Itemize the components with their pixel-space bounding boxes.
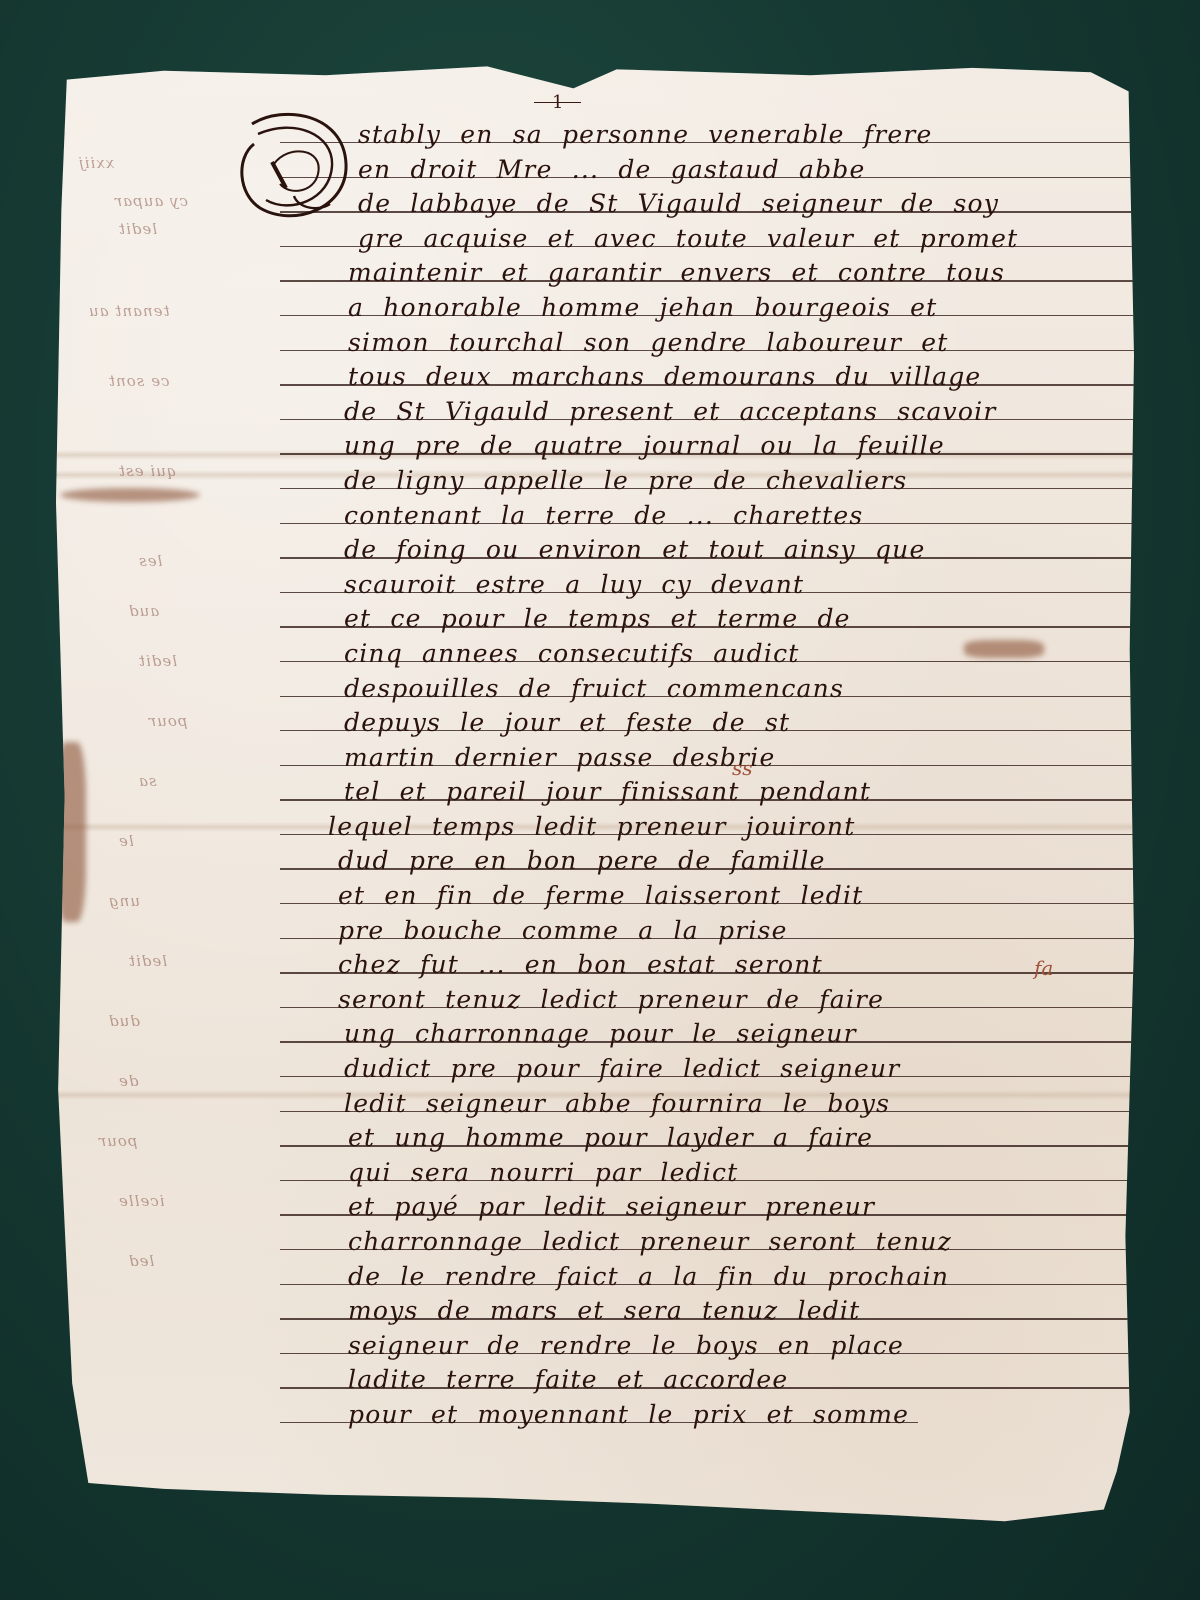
line-text: maintenir et garantir envers et contre t… — [348, 258, 1005, 287]
line-text: moys de mars et sera tenuz ledit — [348, 1296, 860, 1325]
line-text: ladite terre faite et accordee — [348, 1365, 788, 1394]
line-text: pre bouche comme a la prise — [338, 916, 788, 945]
line-text: martin dernier passe desbrie — [344, 743, 775, 772]
text-line: gre acquise et avec toute valeur et prom… — [288, 224, 1118, 259]
text-line: ledit seigneur abbe fournira le boys — [288, 1089, 1118, 1124]
text-line: de foing ou environ et tout ainsy que — [288, 535, 1118, 570]
line-text: et ce pour le temps et terme de — [344, 604, 851, 633]
text-line: ung charronnage pour le seigneur — [288, 1019, 1118, 1054]
text-line: martin dernier passe desbrie — [288, 743, 1118, 778]
text-line: dudict pre pour faire ledict seigneur — [288, 1054, 1118, 1089]
text-line: de ligny appelle le pre de chevaliers — [288, 466, 1118, 501]
text-line: contenant la terre de ... charettes — [288, 501, 1118, 536]
text-line: depuys le jour et feste de st — [288, 708, 1118, 743]
text-line: simon tourchal son gendre laboureur et — [288, 328, 1118, 363]
line-text: depuys le jour et feste de st — [344, 708, 790, 737]
text-line: pour et moyennant le prix et somme — [288, 1400, 1118, 1435]
line-text: a honorable homme jehan bourgeois et — [348, 293, 937, 322]
bleed-line: dud — [108, 1012, 140, 1030]
bleed-line: sa — [138, 772, 157, 790]
line-text: contenant la terre de ... charettes — [344, 501, 863, 530]
bleed-line: led — [128, 1252, 154, 1270]
red-annotation: fa — [1034, 956, 1053, 980]
bleed-line: les — [138, 552, 162, 570]
text-line: stably en sa personne venerable frere — [288, 120, 1118, 155]
bleed-line: cy aupar — [114, 192, 188, 210]
text-line: charronnage ledict preneur seront tenuz — [288, 1227, 1118, 1262]
red-annotation: ss — [732, 756, 753, 780]
text-line: et en fin de ferme laisseront ledit — [288, 881, 1118, 916]
line-text: tous deux marchans demourans du village — [348, 362, 981, 391]
text-line: scauroit estre a luy cy devant — [288, 570, 1118, 605]
line-text: chez fut ... en bon estat seront — [338, 950, 823, 979]
line-text: dudict pre pour faire ledict seigneur — [344, 1054, 900, 1083]
line-text: charronnage ledict preneur seront tenuz — [348, 1227, 952, 1256]
bleed-line: icelle — [118, 1192, 165, 1210]
line-text: scauroit estre a luy cy devant — [344, 570, 804, 599]
line-text: seront tenuz ledict preneur de faire — [338, 985, 884, 1014]
line-text: qui sera nourri par ledict — [348, 1158, 738, 1187]
line-text: pour et moyennant le prix et somme — [348, 1400, 909, 1429]
text-line: tel et pareil jour finissant pendant — [288, 777, 1118, 812]
bleed-line: pour — [148, 712, 187, 730]
line-text: de foing ou environ et tout ainsy que — [344, 535, 925, 564]
text-line: cinq annees consecutifs audict — [288, 639, 1118, 674]
line-text: ung charronnage pour le seigneur — [344, 1019, 857, 1048]
bleed-line: ce sont — [108, 372, 169, 390]
bleed-line: ung — [108, 892, 140, 910]
line-text: cinq annees consecutifs audict — [344, 639, 800, 668]
bleed-line: pour — [98, 1132, 137, 1150]
text-line: lequel temps ledit preneur jouiront — [288, 812, 1118, 847]
bleed-line: xxiij — [78, 154, 114, 172]
text-line: chez fut ... en bon estat seront — [288, 950, 1118, 985]
line-text: lequel temps ledit preneur jouiront — [328, 812, 855, 841]
bleed-line: ledit — [138, 652, 177, 670]
text-line: maintenir et garantir envers et contre t… — [288, 258, 1118, 293]
text-line: en droit Mre ... de gastaud abbe — [288, 155, 1118, 190]
line-text: stably en sa personne venerable frere — [358, 120, 933, 149]
manuscript-text: stably en sa personne venerable frere en… — [288, 120, 1118, 1435]
bleed-line: aud — [128, 602, 159, 620]
line-text: simon tourchal son gendre laboureur et — [348, 328, 949, 357]
bleed-line: ledit — [128, 952, 167, 970]
line-text: de ligny appelle le pre de chevaliers — [344, 466, 907, 495]
line-text: et en fin de ferme laisseront ledit — [338, 881, 863, 910]
margin-bleed-through: xxiij cy aupar ledit tenant au ce sont q… — [78, 132, 268, 1292]
manuscript-page: 1 xxiij cy aupar ledit tenant au ce sont… — [56, 62, 1134, 1530]
bleed-line: de — [118, 1072, 138, 1090]
text-line: ung pre de quatre journal ou la feuille — [288, 431, 1118, 466]
folio-number: 1 — [552, 92, 563, 113]
text-line: qui sera nourri par ledict — [288, 1158, 1118, 1193]
line-text: ledit seigneur abbe fournira le boys — [344, 1089, 890, 1118]
line-text: despouilles de fruict commencans — [344, 674, 844, 703]
text-line: despouilles de fruict commencans — [288, 674, 1118, 709]
line-text: gre acquise et avec toute valeur et prom… — [358, 224, 1018, 253]
text-line: et payé par ledit seigneur preneur — [288, 1192, 1118, 1227]
text-line: de labbaye de St Vigauld seigneur de soy — [288, 189, 1118, 224]
bleed-line: le — [118, 832, 134, 850]
text-line: et ce pour le temps et terme de — [288, 604, 1118, 639]
line-text: et payé par ledit seigneur preneur — [348, 1192, 875, 1221]
text-line: dud pre en bon pere de famille — [288, 846, 1118, 881]
line-text: et ung homme pour layder a faire — [348, 1123, 873, 1152]
text-line: et ung homme pour layder a faire — [288, 1123, 1118, 1158]
text-line: moys de mars et sera tenuz ledit — [288, 1296, 1118, 1331]
line-text: dud pre en bon pere de famille — [338, 846, 826, 875]
text-line: de le rendre faict a la fin du prochain — [288, 1262, 1118, 1297]
text-line: pre bouche comme a la prise — [288, 916, 1118, 951]
text-line: de St Vigauld present et acceptans scavo… — [288, 397, 1118, 432]
text-line: seront tenuz ledict preneur de faire — [288, 985, 1118, 1020]
line-text: de labbaye de St Vigauld seigneur de soy — [358, 189, 999, 218]
text-line: ladite terre faite et accordee — [288, 1365, 1118, 1400]
text-line: tous deux marchans demourans du village — [288, 362, 1118, 397]
bleed-line: ledit — [118, 220, 157, 238]
text-line: a honorable homme jehan bourgeois et — [288, 293, 1118, 328]
line-text: ung pre de quatre journal ou la feuille — [344, 431, 945, 460]
line-text: de St Vigauld present et acceptans scavo… — [344, 397, 996, 426]
line-text: seigneur de rendre le boys en place — [348, 1331, 904, 1360]
line-text: tel et pareil jour finissant pendant — [344, 777, 871, 806]
line-text: en droit Mre ... de gastaud abbe — [358, 155, 866, 184]
line-text: de le rendre faict a la fin du prochain — [348, 1262, 949, 1291]
text-line: seigneur de rendre le boys en place — [288, 1331, 1118, 1366]
bleed-line: qui est — [118, 462, 176, 480]
bleed-line: tenant au — [88, 302, 170, 320]
